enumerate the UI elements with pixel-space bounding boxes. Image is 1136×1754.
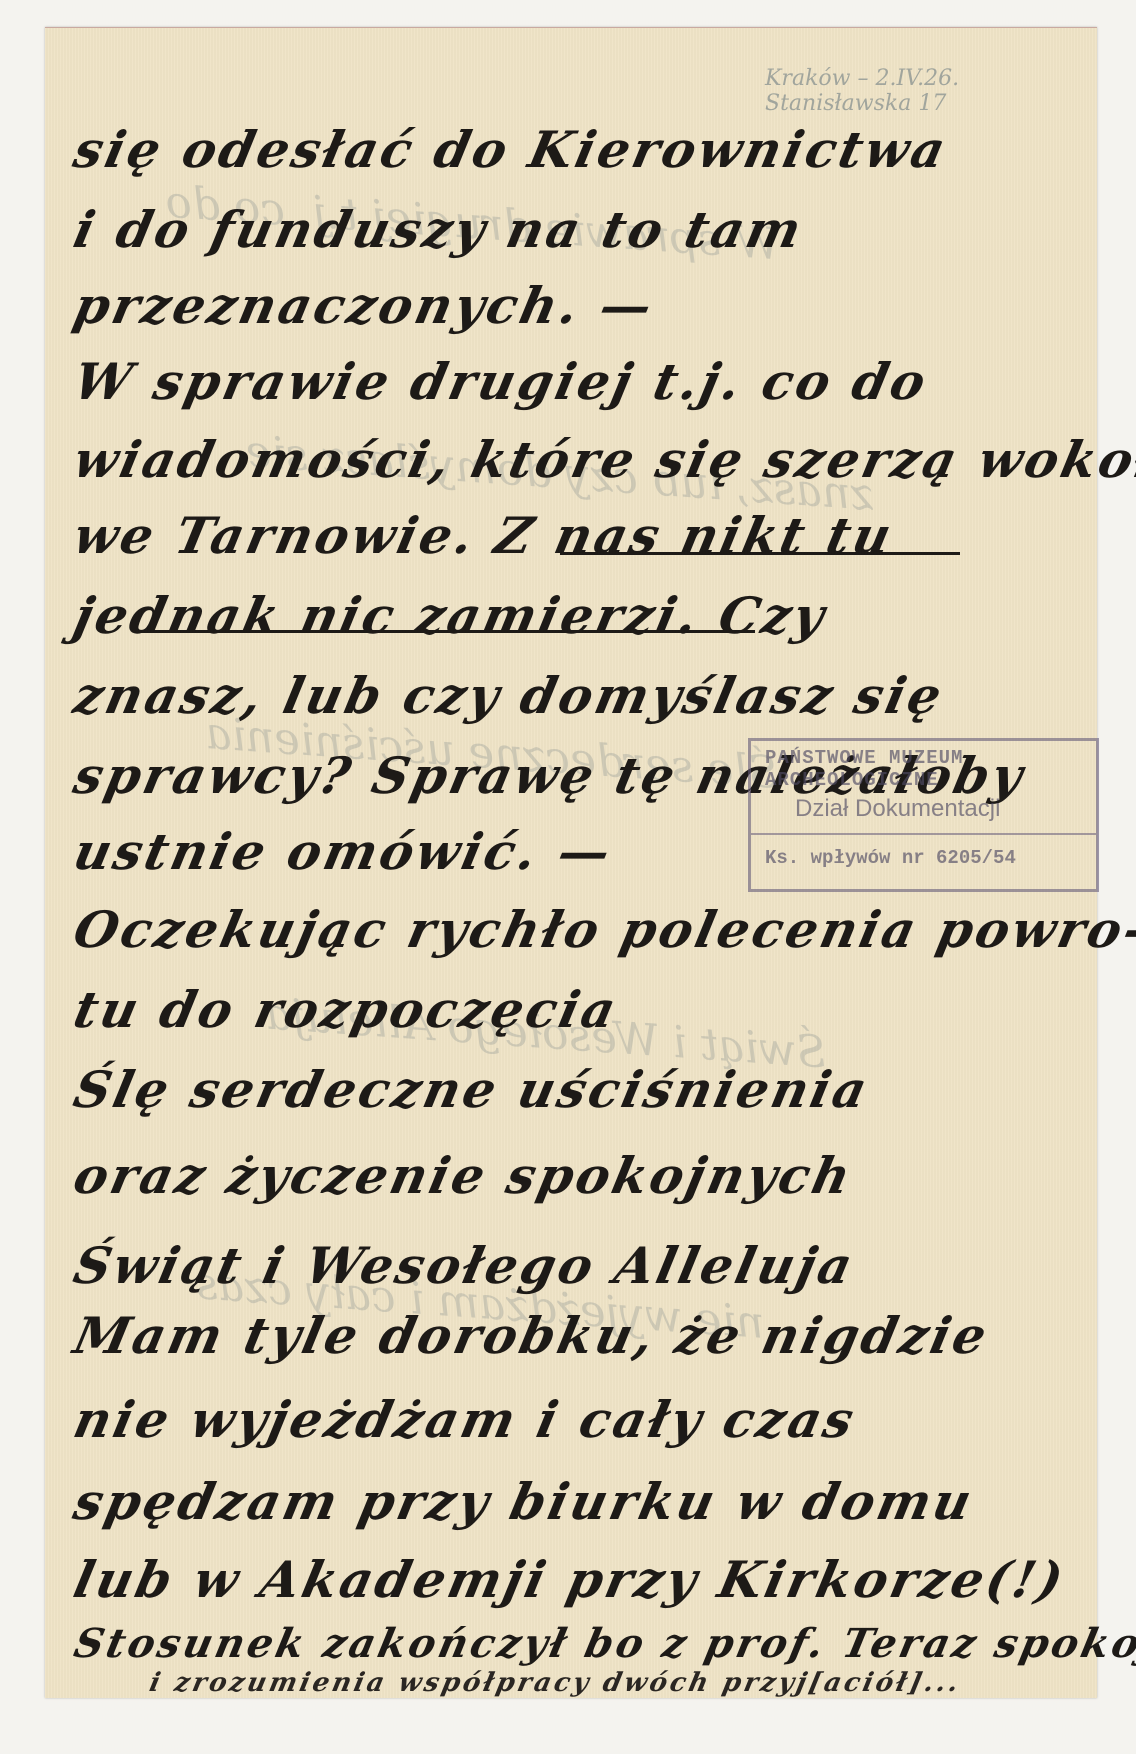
handwritten-line: znasz, lub czy domyślasz się	[69, 666, 950, 725]
handwritten-line: tu do rozpoczęcia	[69, 980, 624, 1039]
handwritten-line: Oczekując rychło polecenia powro-	[69, 900, 1136, 959]
underline	[135, 630, 755, 633]
handwritten-line: i do funduszy na to tam	[69, 200, 810, 259]
handwritten-line: się odesłać do Kierownictwa	[69, 120, 954, 179]
handwritten-line: wiadomości, które się szerzą wokoło	[69, 430, 1136, 489]
handwritten-line: Mam tyle dorobku, że nigdzie	[69, 1306, 995, 1365]
underline	[560, 552, 960, 555]
handwritten-line: ustnie omówić. —	[69, 822, 619, 881]
stamp-department: Dział Dokumentacji	[795, 795, 1000, 823]
stamp-divider	[751, 833, 1096, 835]
handwritten-line: Ślę serdeczne uściśnienia	[69, 1060, 875, 1119]
stamp-number: Ks. wpływów nr 6205/54	[765, 847, 1016, 869]
handwritten-line: Stosunek zakończył bo z prof. Teraz spok…	[70, 1620, 1136, 1667]
handwritten-line: W sprawie drugiej t.j. co do	[69, 352, 934, 411]
pencil-annotation: Kraków – 2.IV.26. Stanisławska 17	[765, 66, 1097, 116]
archive-stamp: PAŃSTWOWE MUZEUM ARCHEOLOGICZNE Dział Do…	[748, 738, 1099, 892]
stamp-institution: PAŃSTWOWE MUZEUM ARCHEOLOGICZNE	[765, 747, 1096, 791]
handwritten-line: przeznaczonych. —	[69, 276, 660, 335]
handwritten-line: nie wyjeżdżam i cały czas	[69, 1390, 862, 1449]
handwritten-line-small: i zrozumienia współpracy dwóch przyj[aci…	[147, 1668, 964, 1698]
handwritten-line: Świąt i Wesołego Alleluja	[69, 1236, 861, 1295]
handwritten-line: oraz życzenie spokojnych	[69, 1146, 859, 1205]
handwritten-line: spędzam przy biurku w domu	[69, 1472, 980, 1531]
handwritten-line: lub w Akademji przy Kirkorze(!)	[69, 1550, 1071, 1609]
handwritten-line: we Tarnowie. Z nas nikt tu	[69, 506, 899, 565]
handwritten-line: jednak nic zamierzi. Czy	[69, 586, 833, 645]
